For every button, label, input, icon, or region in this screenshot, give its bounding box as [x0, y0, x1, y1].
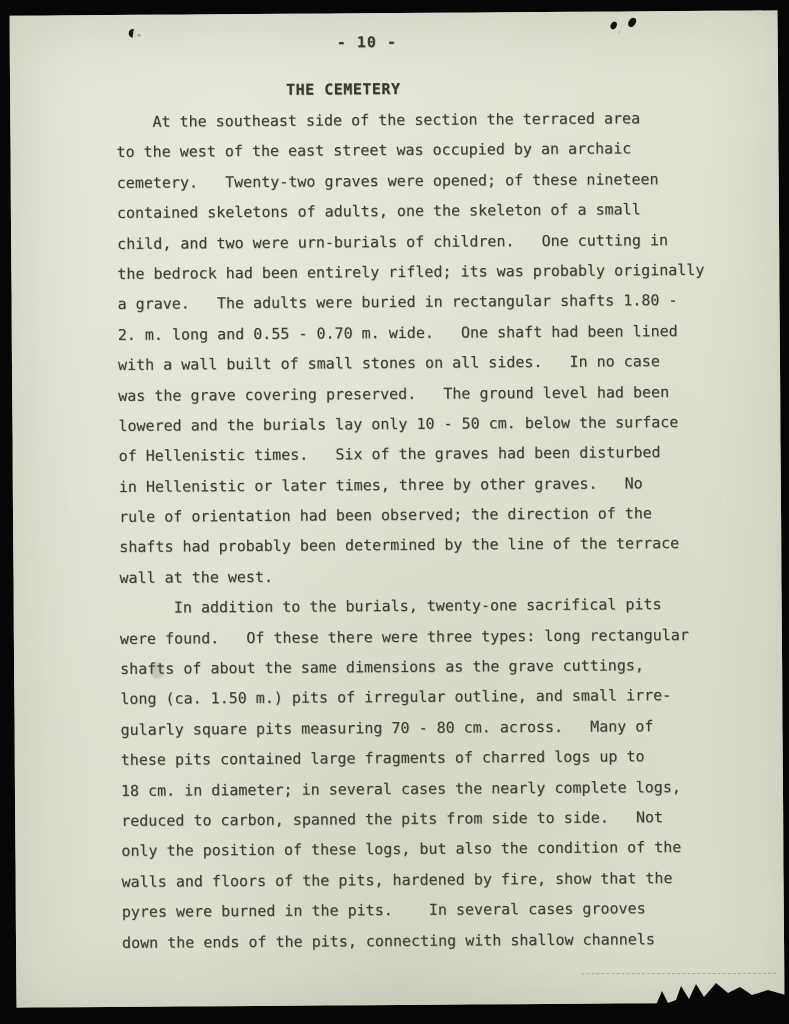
text-line: of Hellenistic times. Six of the graves …	[119, 437, 706, 471]
text-line: was the grave covering preserved. The gr…	[118, 376, 705, 410]
text-line: with a wall built of small stones on all…	[118, 346, 705, 380]
text-line: cemetery. Twenty-two graves were opened;…	[117, 164, 704, 198]
text-line: 18 cm. in diameter; in several cases the…	[121, 771, 708, 805]
punch-hole-icon	[129, 29, 138, 38]
text-line: 2. m. long and 0.55 - 0.70 m. wide. One …	[118, 316, 705, 350]
text-line: a grave. The adults were buried in recta…	[117, 285, 704, 319]
text-line: these pits contained large fragments of …	[121, 741, 708, 775]
page-number: - 10 -	[337, 33, 397, 51]
body-text: At the southeast side of the section the…	[116, 103, 709, 958]
text-line: to the west of the east street was occup…	[116, 133, 703, 167]
text-line: long (ca. 1.50 m.) pits of irregular out…	[120, 680, 707, 714]
text-line: down the ends of the pits, connecting wi…	[122, 923, 709, 957]
text-line: In addition to the burials, twenty-one s…	[120, 589, 707, 623]
text-line: child, and two were urn-burials of child…	[117, 224, 704, 258]
page-title: THE CEMETERY	[286, 80, 400, 99]
text-line: the bedrock had been entirely rifled; it…	[117, 255, 704, 289]
ink-spot-icon	[627, 16, 637, 28]
text-line: in Hellenistic or later times, three by …	[119, 468, 706, 502]
text-line: shafts of about the same dimensions as t…	[120, 650, 707, 684]
text-line: were found. Of these there were three ty…	[120, 619, 707, 653]
text-line: pyres were burned in the pits. In severa…	[122, 893, 709, 927]
torn-corner-edge	[629, 974, 789, 1024]
text-line: contained skeletons of adults, one the s…	[117, 194, 704, 228]
document-page: - 10 - THE CEMETERY At the southeast sid…	[10, 10, 785, 1007]
text-line: gularly square pits measuring 70 - 80 cm…	[120, 711, 707, 745]
text-line: shafts had probably been determined by t…	[119, 528, 706, 562]
scanned-page-background: - 10 - THE CEMETERY At the southeast sid…	[0, 0, 789, 1024]
text-line: reduced to carbon, spanned the pits from…	[121, 802, 708, 836]
ink-spot-icon	[610, 21, 618, 30]
text-line: wall at the west.	[119, 559, 706, 593]
smudge-mark	[150, 663, 164, 679]
text-line: At the southeast side of the section the…	[116, 103, 703, 137]
text-line: only the position of these logs, but als…	[121, 832, 708, 866]
text-line: lowered and the burials lay only 10 - 50…	[118, 407, 705, 441]
text-line: walls and floors of the pits, hardened b…	[121, 863, 708, 897]
text-line: rule of orientation had been observed; t…	[119, 498, 706, 532]
